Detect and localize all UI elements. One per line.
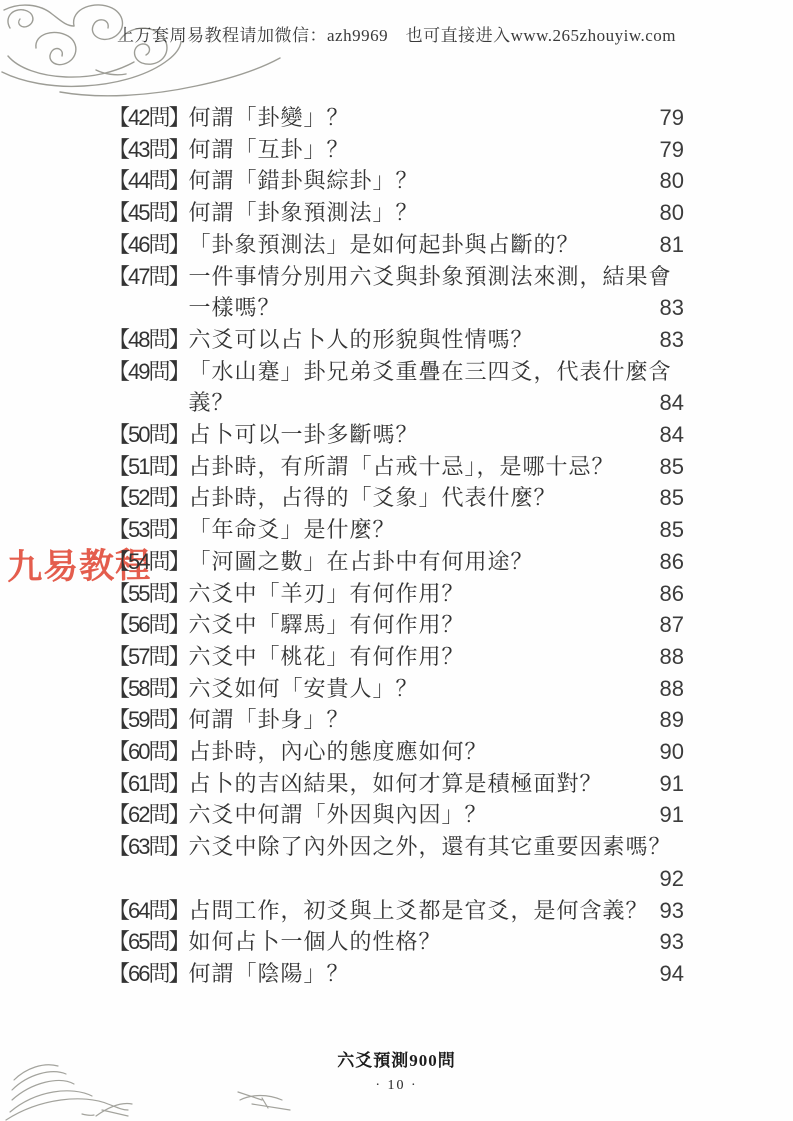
toc-item: 【51問】占卦時，有所謂「占戒十忌」，是哪十忌？85 bbox=[108, 451, 684, 483]
toc-item-page: 86 bbox=[660, 546, 684, 578]
toc-item-body: 何謂「錯卦與綜卦」？80 bbox=[188, 165, 684, 197]
toc-item-page: 85 bbox=[660, 482, 684, 514]
toc-item-body: 六爻如何「安貴人」？88 bbox=[188, 673, 684, 705]
toc-item-title: 占卦時，有所謂「占戒十忌」，是哪十忌？ bbox=[188, 454, 614, 479]
toc-item-body: 占卦時，內心的態度應如何？90 bbox=[188, 736, 684, 768]
toc-item-page: 79 bbox=[660, 102, 684, 134]
toc-item-number: 【54問】 bbox=[108, 546, 188, 578]
toc-item-number: 【50問】 bbox=[108, 419, 188, 451]
book-page: 上万套周易教程请加微信：azh9969 也可直接进入www.265zhouyiw… bbox=[0, 0, 793, 1121]
toc-item: 【52問】占卦時，占得的「爻象」代表什麼？85 bbox=[108, 482, 684, 514]
toc-item-body: 六爻中「羊刃」有何作用？86 bbox=[188, 578, 684, 610]
toc-item-number: 【53問】 bbox=[108, 514, 188, 546]
footer-book-title: 六爻預測900問 bbox=[0, 1046, 793, 1071]
toc-item: 【55問】六爻中「羊刃」有何作用？86 bbox=[108, 578, 684, 610]
toc-list: 【42問】何謂「卦變」？79【43問】何謂「互卦」？79【44問】何謂「錯卦與綜… bbox=[108, 102, 684, 990]
toc-item: 【62問】六爻中何謂「外因與內因」？91 bbox=[108, 799, 684, 831]
footer-page-number: · 10 · bbox=[0, 1078, 793, 1094]
toc-item-page: 90 bbox=[660, 736, 684, 768]
toc-item-title: 一件事情分別用六爻與卦象預測法來測，結果會一樣嗎？ bbox=[188, 264, 671, 321]
toc-item-number: 【63問】 bbox=[108, 831, 188, 863]
toc-item-number: 【59問】 bbox=[108, 704, 188, 736]
toc-item-body: 何謂「互卦」？79 bbox=[188, 134, 684, 166]
toc-item: 【63問】六爻中除了內外因之外，還有其它重要因素嗎？92 bbox=[108, 831, 684, 894]
toc-item: 【60問】占卦時，內心的態度應如何？90 bbox=[108, 736, 684, 768]
toc-item-number: 【55問】 bbox=[108, 578, 188, 610]
toc-item: 【46問】「卦象預測法」是如何起卦與占斷的？81 bbox=[108, 229, 684, 261]
toc-item-number: 【58問】 bbox=[108, 673, 188, 705]
toc-item-page: 79 bbox=[660, 134, 684, 166]
toc-item-title: 六爻中「桃花」有何作用？ bbox=[188, 644, 464, 669]
toc-item-page: 91 bbox=[660, 799, 684, 831]
toc-item-page: 87 bbox=[660, 609, 684, 641]
toc-item-page: 84 bbox=[660, 419, 684, 451]
toc-item-number: 【42問】 bbox=[108, 102, 188, 134]
toc-item-title: 如何占卜一個人的性格？ bbox=[188, 929, 441, 954]
toc-item-body: 一件事情分別用六爻與卦象預測法來測，結果會一樣嗎？83 bbox=[188, 261, 684, 324]
toc-item: 【57問】六爻中「桃花」有何作用？88 bbox=[108, 641, 684, 673]
toc-item-body: 何謂「卦象預測法」？80 bbox=[188, 197, 684, 229]
toc-item-number: 【51問】 bbox=[108, 451, 188, 483]
toc-item: 【66問】何謂「陰陽」？94 bbox=[108, 958, 684, 990]
toc-item-body: 何謂「卦身」？89 bbox=[188, 704, 684, 736]
toc-item-page: 92 bbox=[188, 863, 684, 895]
toc-item-number: 【60問】 bbox=[108, 736, 188, 768]
toc-item-number: 【64問】 bbox=[108, 895, 188, 927]
toc-item-body: 「年命爻」是什麼？85 bbox=[188, 514, 684, 546]
header-promo-text: 上万套周易教程请加微信：azh9969 也可直接进入www.265zhouyiw… bbox=[0, 21, 793, 46]
toc-item: 【50問】占卜可以一卦多斷嗎？84 bbox=[108, 419, 684, 451]
toc-item-page: 88 bbox=[660, 641, 684, 673]
toc-item-page: 93 bbox=[660, 926, 684, 958]
toc-item: 【42問】何謂「卦變」？79 bbox=[108, 102, 684, 134]
toc-item: 【45問】何謂「卦象預測法」？80 bbox=[108, 197, 684, 229]
toc-item-body: 六爻中何謂「外因與內因」？91 bbox=[188, 799, 684, 831]
toc-item-title: 何謂「卦變」？ bbox=[188, 105, 349, 130]
toc-item-page: 83 bbox=[660, 292, 684, 324]
toc-item-title: 六爻中何謂「外因與內因」？ bbox=[188, 802, 487, 827]
toc-item-page: 91 bbox=[660, 768, 684, 800]
toc-item-title: 何謂「卦象預測法」？ bbox=[188, 200, 418, 225]
toc-item-number: 【52問】 bbox=[108, 482, 188, 514]
toc-item: 【48問】六爻可以占卜人的形貌與性情嗎？83 bbox=[108, 324, 684, 356]
toc-item-page: 80 bbox=[660, 197, 684, 229]
toc-item-page: 84 bbox=[660, 387, 684, 419]
toc-item-title: 占卦時，占得的「爻象」代表什麼？ bbox=[188, 485, 556, 510]
cloud-ornament-icon bbox=[0, 0, 300, 105]
toc-item-title: 占卦時，內心的態度應如何？ bbox=[188, 739, 487, 764]
toc-item-number: 【43問】 bbox=[108, 134, 188, 166]
toc-item-title: 何謂「互卦」？ bbox=[188, 137, 349, 162]
toc-item-number: 【66問】 bbox=[108, 958, 188, 990]
toc-item-body: 六爻中「桃花」有何作用？88 bbox=[188, 641, 684, 673]
toc-item-page: 85 bbox=[660, 514, 684, 546]
toc-item-body: 占卦時，有所謂「占戒十忌」，是哪十忌？85 bbox=[188, 451, 684, 483]
toc-item: 【44問】何謂「錯卦與綜卦」？80 bbox=[108, 165, 684, 197]
toc-item-body: 何謂「陰陽」？94 bbox=[188, 958, 684, 990]
toc-item: 【49問】「水山蹇」卦兄弟爻重疊在三四爻，代表什麼含義？84 bbox=[108, 356, 684, 419]
toc-item-title: 何謂「錯卦與綜卦」？ bbox=[188, 168, 418, 193]
toc-item-page: 80 bbox=[660, 165, 684, 197]
toc-item-body: 六爻中「驛馬」有何作用？87 bbox=[188, 609, 684, 641]
toc-item: 【54問】「河圖之數」在占卦中有何用途？86 bbox=[108, 546, 684, 578]
toc-item: 【64問】占問工作，初爻與上爻都是官爻，是何含義？93 bbox=[108, 895, 684, 927]
toc-item-title: 「水山蹇」卦兄弟爻重疊在三四爻，代表什麼含義？ bbox=[188, 359, 671, 416]
toc-item-title: 占卜可以一卦多斷嗎？ bbox=[188, 422, 418, 447]
toc-item-page: 85 bbox=[660, 451, 684, 483]
toc-item-number: 【45問】 bbox=[108, 197, 188, 229]
toc-item-title: 占問工作，初爻與上爻都是官爻，是何含義？ bbox=[188, 898, 648, 923]
toc-item-number: 【61問】 bbox=[108, 768, 188, 800]
toc-item-number: 【46問】 bbox=[108, 229, 188, 261]
toc-item: 【61問】占卜的吉凶結果，如何才算是積極面對？91 bbox=[108, 768, 684, 800]
toc-item: 【59問】何謂「卦身」？89 bbox=[108, 704, 684, 736]
wave-ornament-icon bbox=[0, 1028, 320, 1121]
toc-item-body: 「河圖之數」在占卦中有何用途？86 bbox=[188, 546, 684, 578]
toc-item-number: 【47問】 bbox=[108, 261, 188, 293]
toc-item: 【43問】何謂「互卦」？79 bbox=[108, 134, 684, 166]
toc-item-body: 占卜的吉凶結果，如何才算是積極面對？91 bbox=[188, 768, 684, 800]
toc-item-body: 占問工作，初爻與上爻都是官爻，是何含義？93 bbox=[188, 895, 684, 927]
toc-item-page: 93 bbox=[660, 895, 684, 927]
toc-item-number: 【56問】 bbox=[108, 609, 188, 641]
toc-item-page: 86 bbox=[660, 578, 684, 610]
toc-item-page: 89 bbox=[660, 704, 684, 736]
toc-item-body: 「水山蹇」卦兄弟爻重疊在三四爻，代表什麼含義？84 bbox=[188, 356, 684, 419]
toc-item: 【56問】六爻中「驛馬」有何作用？87 bbox=[108, 609, 684, 641]
toc-item-title: 何謂「卦身」？ bbox=[188, 707, 349, 732]
toc-item-page: 88 bbox=[660, 673, 684, 705]
toc-item-number: 【44問】 bbox=[108, 165, 188, 197]
toc-item-title: 六爻中「驛馬」有何作用？ bbox=[188, 612, 464, 637]
toc-item-title: 何謂「陰陽」？ bbox=[188, 961, 349, 986]
toc-item-number: 【57問】 bbox=[108, 641, 188, 673]
toc-item-title: 六爻中除了內外因之外，還有其它重要因素嗎？ bbox=[188, 834, 671, 859]
toc-item-body: 何謂「卦變」？79 bbox=[188, 102, 684, 134]
toc-item-title: 六爻中「羊刃」有何作用？ bbox=[188, 581, 464, 606]
toc-item-number: 【62問】 bbox=[108, 799, 188, 831]
toc-item: 【58問】六爻如何「安貴人」？88 bbox=[108, 673, 684, 705]
toc-item-page: 83 bbox=[660, 324, 684, 356]
toc-item-title: 六爻如何「安貴人」？ bbox=[188, 676, 418, 701]
toc-item-body: 六爻可以占卜人的形貌與性情嗎？83 bbox=[188, 324, 684, 356]
toc-item-body: 占卦時，占得的「爻象」代表什麼？85 bbox=[188, 482, 684, 514]
toc-item-number: 【65問】 bbox=[108, 926, 188, 958]
toc-item-number: 【49問】 bbox=[108, 356, 188, 388]
toc-item-body: 六爻中除了內外因之外，還有其它重要因素嗎？92 bbox=[188, 831, 684, 894]
toc-item: 【53問】「年命爻」是什麼？85 bbox=[108, 514, 684, 546]
toc-item-page: 94 bbox=[660, 958, 684, 990]
toc-item-title: 占卜的吉凶結果，如何才算是積極面對？ bbox=[188, 771, 602, 796]
toc-item-title: 六爻可以占卜人的形貌與性情嗎？ bbox=[188, 327, 533, 352]
toc-item-number: 【48問】 bbox=[108, 324, 188, 356]
toc-item-title: 「卦象預測法」是如何起卦與占斷的？ bbox=[188, 232, 579, 257]
toc-item-body: 占卜可以一卦多斷嗎？84 bbox=[188, 419, 684, 451]
toc-item: 【47問】一件事情分別用六爻與卦象預測法來測，結果會一樣嗎？83 bbox=[108, 261, 684, 324]
toc-item-body: 如何占卜一個人的性格？93 bbox=[188, 926, 684, 958]
toc-item-body: 「卦象預測法」是如何起卦與占斷的？81 bbox=[188, 229, 684, 261]
toc-item-title: 「年命爻」是什麼？ bbox=[188, 517, 395, 542]
toc-item-title: 「河圖之數」在占卦中有何用途？ bbox=[188, 549, 533, 574]
toc-item-page: 81 bbox=[660, 229, 684, 261]
toc-item: 【65問】如何占卜一個人的性格？93 bbox=[108, 926, 684, 958]
